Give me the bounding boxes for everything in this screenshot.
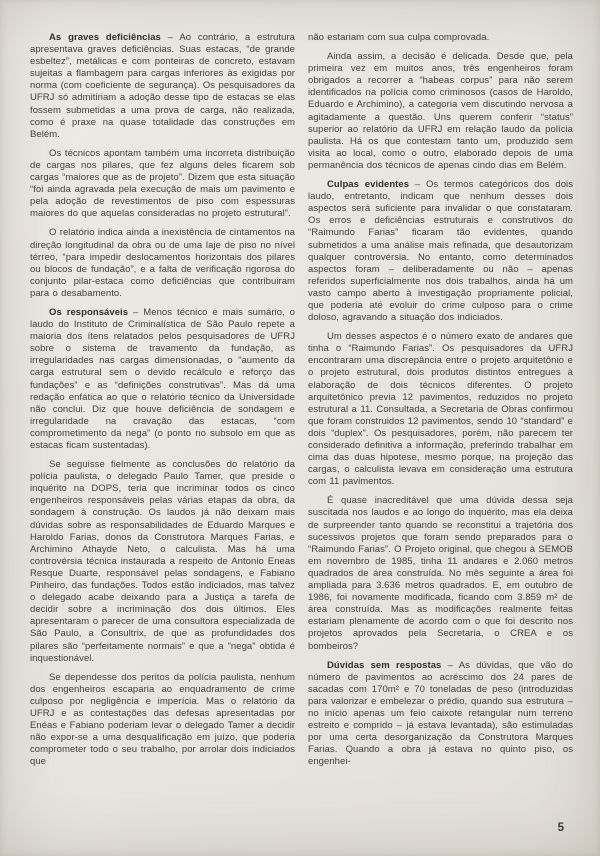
paragraph-text: – Menos técnico e mais sumário, o laudo … <box>30 307 295 451</box>
paragraph: O relatório indica ainda a inexistência … <box>30 227 295 300</box>
paragraph-text: não estariam com sua culpa comprovada. <box>308 32 489 43</box>
paragraph-lead: As graves deficiências <box>49 32 161 43</box>
paragraph: Se seguisse fielmente as conclusões do r… <box>30 459 295 665</box>
paragraph: Um desses aspectos é o número exato de a… <box>308 331 573 488</box>
paragraph: Dúvidas sem respostas – As dúvidas, que … <box>308 660 573 769</box>
paragraph-text: Ainda assim, a decisão é delicada. Desde… <box>308 51 573 171</box>
paragraph-text: É quase inacreditável que uma dúvida des… <box>308 495 573 651</box>
paragraph: É quase inacreditável que uma dúvida des… <box>308 495 573 652</box>
page-number: 5 <box>558 822 564 834</box>
paragraph-text: – Ao contrário, a estrutura apresentava … <box>30 32 295 140</box>
paragraph-text: Um desses aspectos é o número exato de a… <box>308 331 573 487</box>
paragraph: Se dependesse dos peritos da polícia pau… <box>30 672 295 769</box>
paragraph: Ainda assim, a decisão é delicada. Desde… <box>308 51 573 172</box>
paragraph: As graves deficiências – Ao contrário, a… <box>30 32 295 141</box>
right-column: não estariam com sua culpa comprovada. A… <box>308 32 573 775</box>
paragraph-text: – As dúvidas, que vão do número de pavim… <box>308 660 573 768</box>
paragraph-text: Se seguisse fielmente as conclusões do r… <box>30 459 295 664</box>
paragraph-text: Se dependesse dos peritos da polícia pau… <box>30 672 295 768</box>
paragraph: Os responsáveis – Menos técnico e mais s… <box>30 307 295 452</box>
paragraph-text: O relatório indica ainda a inexistência … <box>30 227 295 298</box>
text-columns: As graves deficiências – Ao contrário, a… <box>30 32 573 775</box>
paragraph-text: – Os termos categóricos dos dois laudo, … <box>308 179 573 323</box>
left-column: As graves deficiências – Ao contrário, a… <box>30 32 295 775</box>
paragraph-text: Os técnicos apontam também uma incorreta… <box>30 148 295 219</box>
magazine-page: As graves deficiências – Ao contrário, a… <box>0 0 600 856</box>
paragraph-lead: Os responsáveis <box>49 307 128 318</box>
paragraph-lead: Culpas evidentes <box>327 179 409 190</box>
paragraph-lead: Dúvidas sem respostas <box>327 660 441 671</box>
paragraph: Os técnicos apontam também uma incorreta… <box>30 148 295 221</box>
paragraph: Culpas evidentes – Os termos categóricos… <box>308 179 573 324</box>
paragraph: não estariam com sua culpa comprovada. <box>308 32 573 44</box>
